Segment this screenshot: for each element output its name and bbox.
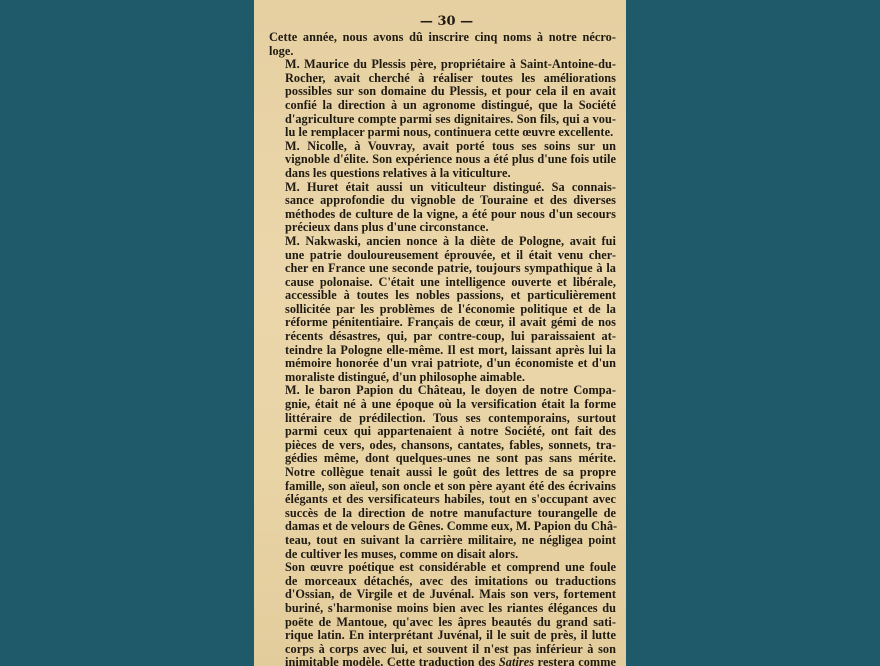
text-fragment: inimitable modèle. Cette traduction des [285, 655, 499, 666]
text-line: M. Huret était aussi un viticulteur dist… [269, 181, 616, 195]
document-page: — 30 — Cette année, nous avons dû inscri… [254, 0, 626, 666]
text-line: inimitable modèle. Cette traduction des … [269, 656, 616, 666]
text-line: mémoire honorée d'un vrai patriote, d'un… [269, 357, 616, 371]
text-line: élégants et des versificateurs habiles, … [269, 493, 616, 507]
text-line: sance approfondie du vignoble de Tourain… [269, 194, 616, 208]
text-line: de cultiver les muses, comme on disait a… [269, 548, 616, 562]
text-line: M. le baron Papion du Château, le doyen … [269, 384, 616, 398]
text-line: succès de la direction de notre manufact… [269, 507, 616, 521]
paragraph: M. le baron Papion du Château, le doyen … [269, 384, 616, 561]
text-line: cher en France une seconde patrie, toujo… [269, 262, 616, 276]
text-line: confié la direction à un agronome distin… [269, 99, 616, 113]
paragraph: Son œuvre poétique est considérable et c… [269, 561, 616, 666]
text-line: littéraire de prédilection. Tous ses con… [269, 412, 616, 426]
text-line: famille, son aïeul, son oncle et son pèr… [269, 480, 616, 494]
text-line: damas et de velours de Gênes. Comme eux,… [269, 520, 616, 534]
text-line: moraliste distingué, d'un philosophe aim… [269, 371, 616, 385]
text-line: loge. [269, 45, 616, 59]
paragraph: Cette année, nous avons dû inscrire cinq… [269, 31, 616, 58]
text-fragment: restera comme [534, 655, 616, 666]
text-line: cause polonaise. C'était une intelligenc… [269, 276, 616, 290]
italic-title: Satires [499, 655, 534, 666]
text-line: rique latin. En interprétant Juvénal, il… [269, 629, 616, 643]
paragraph: M. Nakwaski, ancien nonce à la diète de … [269, 235, 616, 385]
text-line: de morceaux détachés, avec des imitation… [269, 575, 616, 589]
text-line: poëte de Mantoue, qu'avec les âpres beau… [269, 616, 616, 630]
page-number: — 30 — [269, 14, 616, 29]
text-line: gnie, était né à une époque où la versif… [269, 398, 616, 412]
text-line: parmi ceux qui appartenaient à notre Soc… [269, 425, 616, 439]
text-line: gédies même, dont quelques-unes ne sont … [269, 452, 616, 466]
text-line: Notre collègue tenait aussi le goût des … [269, 466, 616, 480]
text-line: dans les questions relatives à la viticu… [269, 167, 616, 181]
text-line: teindre la Pologne elle-même. Il est mor… [269, 344, 616, 358]
text-line: d'Ossian, de Virgile et de Juvénal. Mais… [269, 588, 616, 602]
text-line: M. Nicolle, à Vouvray, avait porté tous … [269, 140, 616, 154]
text-line: sollicitée par les problèmes de l'économ… [269, 303, 616, 317]
text-line: teau, tout en suivant la carrière milita… [269, 534, 616, 548]
text-line: réforme pénitentiaire. Français de cœur,… [269, 316, 616, 330]
text-line: M. Nakwaski, ancien nonce à la diète de … [269, 235, 616, 249]
paragraph: M. Huret était aussi un viticulteur dist… [269, 181, 616, 235]
text-line: possibles sur son domaine du Plessis, et… [269, 85, 616, 99]
text-line: accessible à toutes les nobles passions,… [269, 289, 616, 303]
paragraph: M. Nicolle, à Vouvray, avait porté tous … [269, 140, 616, 181]
text-line: vignoble d'élite. Son expérience nous a … [269, 153, 616, 167]
text-line: précieux dans plus d'une circonstance. [269, 221, 616, 235]
text-line: d'agriculture compte parmi ses dignitair… [269, 113, 616, 127]
text-line: Cette année, nous avons dû inscrire cinq… [269, 31, 616, 45]
text-line: récents désastres, qui, par contre-coup,… [269, 330, 616, 344]
text-line: corps à corps avec lui, et souvent il n'… [269, 643, 616, 657]
paragraph: M. Maurice du Plessis père, propriétaire… [269, 58, 616, 140]
text-line: méthodes de culture de la vigne, a été p… [269, 208, 616, 222]
text-line: buriné, s'harmonise moins bien avec les … [269, 602, 616, 616]
text-line: Rocher, avait cherché à réaliser toutes … [269, 72, 616, 86]
text-line: lu le remplacer parmi nous, continuera c… [269, 126, 616, 140]
text-line: M. Maurice du Plessis père, propriétaire… [269, 58, 616, 72]
body-text: Cette année, nous avons dû inscrire cinq… [269, 31, 616, 666]
text-line: Son œuvre poétique est considérable et c… [269, 561, 616, 575]
text-line: pièces de vers, odes, chansons, cantates… [269, 439, 616, 453]
text-line: une patrie douloureusement éprouvée, et … [269, 249, 616, 263]
